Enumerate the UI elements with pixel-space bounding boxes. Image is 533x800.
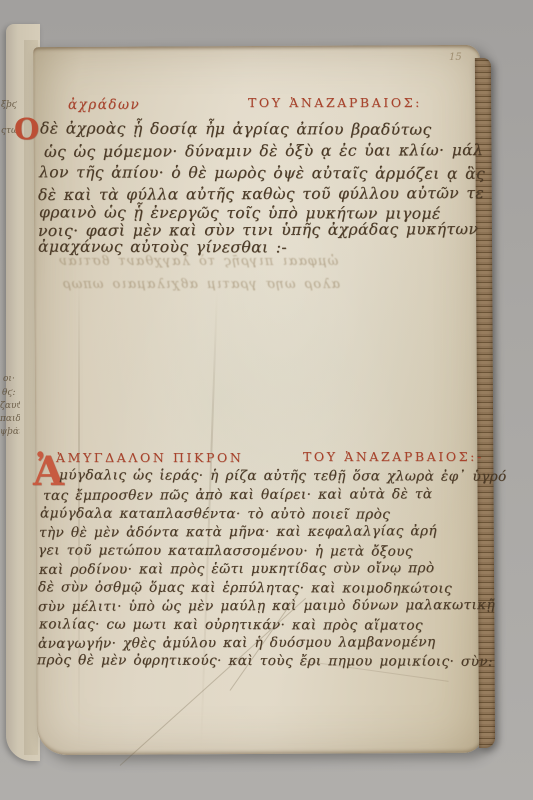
text-line: μύγδαλις ὡς ἱεράς· ἡ ρίζα αὐτῆς τεθῇ ὅσα… (59, 467, 507, 485)
book-fore-edge (475, 58, 495, 748)
verso-showthrough-line: ὠμφααι πιγρῆς τὸ λαγχθαντ ϐστιαν (58, 254, 338, 269)
margin-text-fragment: οι· (3, 374, 23, 384)
margin-text-fragment: ψϸάιϛ (0, 427, 20, 437)
margin-text-fragment: ζαυϑ (0, 401, 20, 411)
text-line: δὲ σὺν ὀσθμῷ ὅμας καὶ ἑρπύλητας· καὶ κοι… (38, 579, 452, 596)
chapter-title-rubric: ἈΜΥΓΔΑΛΟΝ ΠΙΚΡΟΝ (56, 450, 243, 465)
rubricated-initial: Ο (14, 112, 39, 146)
folio-number: 15 (449, 52, 462, 63)
text-line: λον τῆς ἀπίου· ὁ θὲ μωρὸς ὀψὲ αὐταῖς ἁρμ… (39, 163, 485, 183)
text-line: δὲ ἀχροὰς ᾗ δοσίᾳ ἦμ ἀγρίας ἀπίου βραδύτ… (40, 119, 432, 138)
margin-text-fragment: θϛ: (2, 388, 22, 398)
text-line: τας ἔμπροσθεν πῶς ἀπὸ καὶ θαίρει· καὶ αὐ… (43, 486, 432, 504)
text-line: σὺν μέλιτι· ὑπὸ ὡς μὲν μαύλῃ καὶ μαιμὸ δ… (38, 597, 495, 615)
text-line: δὲ καὶ τὰ φύλλα αὐτῆς καθὼς τοῦ φύλλου α… (38, 184, 484, 204)
text-line: ἀμύγδαλα καταπλασθέντα· τὸ αὐτὸ ποιεῖ πρ… (40, 505, 390, 522)
text-line: ὡς ὡς μόμεμον· δύναμιν δὲ ὀξὺ ᾳ ἐϲ ὑαι κ… (44, 141, 483, 161)
author-rubric: ΤΟΥ ἈΝΑΖΑΡΒΑΙΟΣ:- (303, 449, 484, 464)
author-rubric: ΤΟΥ ἈΝΑΖΑΡΒΑΙΟΣ: (248, 95, 422, 110)
margin-text-fragment: παιδον (0, 414, 20, 424)
chapter-title-rubric: ἀχράδων (68, 97, 140, 113)
text-line: ἀναγωγήν· χθὲς ἀμύλου καὶ ἡ δυόσμου λαμβ… (38, 634, 436, 652)
verso-showthrough-line: αλορ ωησ γρατιμ αϐχιλαμαιο ωπωρ (62, 277, 340, 292)
margin-text-fragment: ξϸϛ (1, 100, 21, 110)
photo-backdrop: ξϸϛ ςτω οι· θϛ: ζαυϑ παιδον ψϸάιϛ 15 ἀχρ… (0, 0, 533, 800)
text-line: γει τοῦ μετώπου καταπλασσομένου· ἡ μετὰ … (38, 542, 413, 559)
text-line: κοιλίας· ϲω μωτι καὶ οὐρητικάν· καὶ πρὸς… (39, 616, 423, 633)
text-line: πρὸς θὲ μὲν ὀφρητικούς· καὶ τοὺς ἔρι πημ… (37, 652, 493, 670)
text-line: τὴν θὲ μὲν ἀδόντα κατὰ μῆνα· καὶ κεφαλαλ… (39, 523, 437, 541)
text-line: καὶ ροδίνου· καὶ πρὸς ἑῶτι μυκητίδας σὺν… (39, 560, 435, 578)
